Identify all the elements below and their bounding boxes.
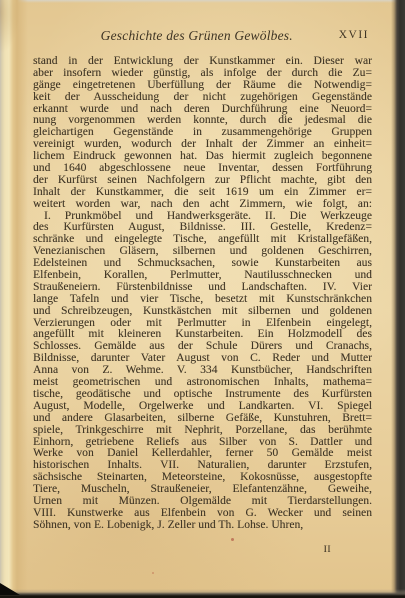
text-line: Einhorn, getriebene Reliefs aus Silber v… xyxy=(33,437,372,449)
text-line: lange Tafeln und vier Tische, besetzt mi… xyxy=(33,294,372,306)
text-line: Inhalt der Kunstkammer, die seit 1619 um… xyxy=(33,187,372,199)
text-line: Elfenbein, Korallen, Perlmutter, Nautilu… xyxy=(33,270,372,282)
scan-bottom-shadow xyxy=(0,589,405,598)
text-line: spiele, Trinkgeschirre mit Nephrit, Porz… xyxy=(33,425,372,437)
text-line: tische, geodätische und optische Instrum… xyxy=(33,389,372,401)
text-line: August, Modelle, Orgelwerke und Landkart… xyxy=(33,401,372,413)
text-line: keit der Ausscheidung der nicht zugehöri… xyxy=(33,92,372,104)
text-line: Straußeneiern. Fürstenbildnisse und Land… xyxy=(33,282,372,294)
scanned-book-page: Geschichte des Grünen Gewölbes. XVII sta… xyxy=(0,0,405,598)
text-line: Edelsteinen und Schmucksachen, sowie Kun… xyxy=(33,258,372,270)
text-line: erkannt wurde und nach deren Durchführun… xyxy=(33,104,372,116)
text-line: I. Prunkmöbel und Handwerksgeräte. II. D… xyxy=(33,211,372,223)
text-line: schränke und eingelegte Tische, angefüll… xyxy=(33,234,372,246)
scan-right-shadow xyxy=(391,0,405,598)
printed-content: Geschichte des Grünen Gewölbes. XVII sta… xyxy=(33,28,372,588)
text-line: historischen Inhalts. VII. Naturalien, d… xyxy=(33,460,372,472)
text-line: Schlosses. Gemälde aus der Schule Dürers… xyxy=(33,341,372,353)
text-line: Tiere, Muscheln, Straußeneier, Elefanten… xyxy=(33,484,372,496)
running-header: Geschichte des Grünen Gewölbes. XVII xyxy=(33,28,372,44)
text-line: Anna von Z. Wehme. V. 334 Kunstbücher, H… xyxy=(33,365,372,377)
text-line: Urnen mit Münzen. Ölgemälde mit Tierdars… xyxy=(33,496,372,508)
text-line: stand in der Entwicklung der Kunstkammer… xyxy=(33,56,372,68)
text-line: angefüllt mit kleineren Kunstarbeiten. E… xyxy=(33,329,372,341)
text-line: und andere Glasarbeiten, silberne Gefäße… xyxy=(33,413,372,425)
page-text: stand in der Entwicklung der Kunstkammer… xyxy=(33,56,372,532)
page-deckle-edge xyxy=(0,0,28,598)
text-line: und Schreibzeugen, Kunstkästchen mit sil… xyxy=(33,306,372,318)
text-line: des Kurfürsten August, Bildnisse. III. G… xyxy=(33,222,372,234)
text-line: meist geometrischen und astronomischen I… xyxy=(33,377,372,389)
text-line: VIII. Kunstwerke aus Elfenbein von G. We… xyxy=(33,508,372,520)
text-line: Söhnen, von E. Lobenigk, J. Zeller und T… xyxy=(33,520,372,532)
text-line: der Kurfürst seinen Nachfolgern zur Pfli… xyxy=(33,175,372,187)
text-line: sächsische Steinarten, Meteorsteine, Kok… xyxy=(33,472,372,484)
page-number: XVII xyxy=(339,29,369,41)
text-line: lichem Eindruck gewonnen hat. Das hiermi… xyxy=(33,151,372,163)
text-line: Werke von Daniel Kellerdahler, ferner 50… xyxy=(33,448,372,460)
text-line: und 1640 abgeschlossene neue Inventar, d… xyxy=(33,163,372,175)
text-line: Bildnisse, darunter Vater August von C. … xyxy=(33,353,372,365)
text-line: Venezianischen Gläsern, silbernen und go… xyxy=(33,246,372,258)
running-header-title: Geschichte des Grünen Gewölbes. xyxy=(101,28,293,44)
text-line: aber insofern wieder günstig, als infolg… xyxy=(33,68,372,80)
text-line: vereinigt wurden, wodurch der Inhalt der… xyxy=(33,139,372,151)
text-line: gleichartigen Gegenstände in zusammengeh… xyxy=(33,127,372,139)
text-line: weitert worden war, nach den acht Zimmer… xyxy=(33,199,372,211)
scan-top-edge xyxy=(0,0,405,3)
text-line: gänge eingetretenen Überfüllung der Räum… xyxy=(33,80,372,92)
signature-mark: II xyxy=(324,545,331,555)
text-line: nung vorgenommen werden konnte, durch di… xyxy=(33,115,372,127)
page-corner-fold xyxy=(0,0,30,60)
text-line: Verzierungen oder mit Perlmutter in Elfe… xyxy=(33,318,372,330)
